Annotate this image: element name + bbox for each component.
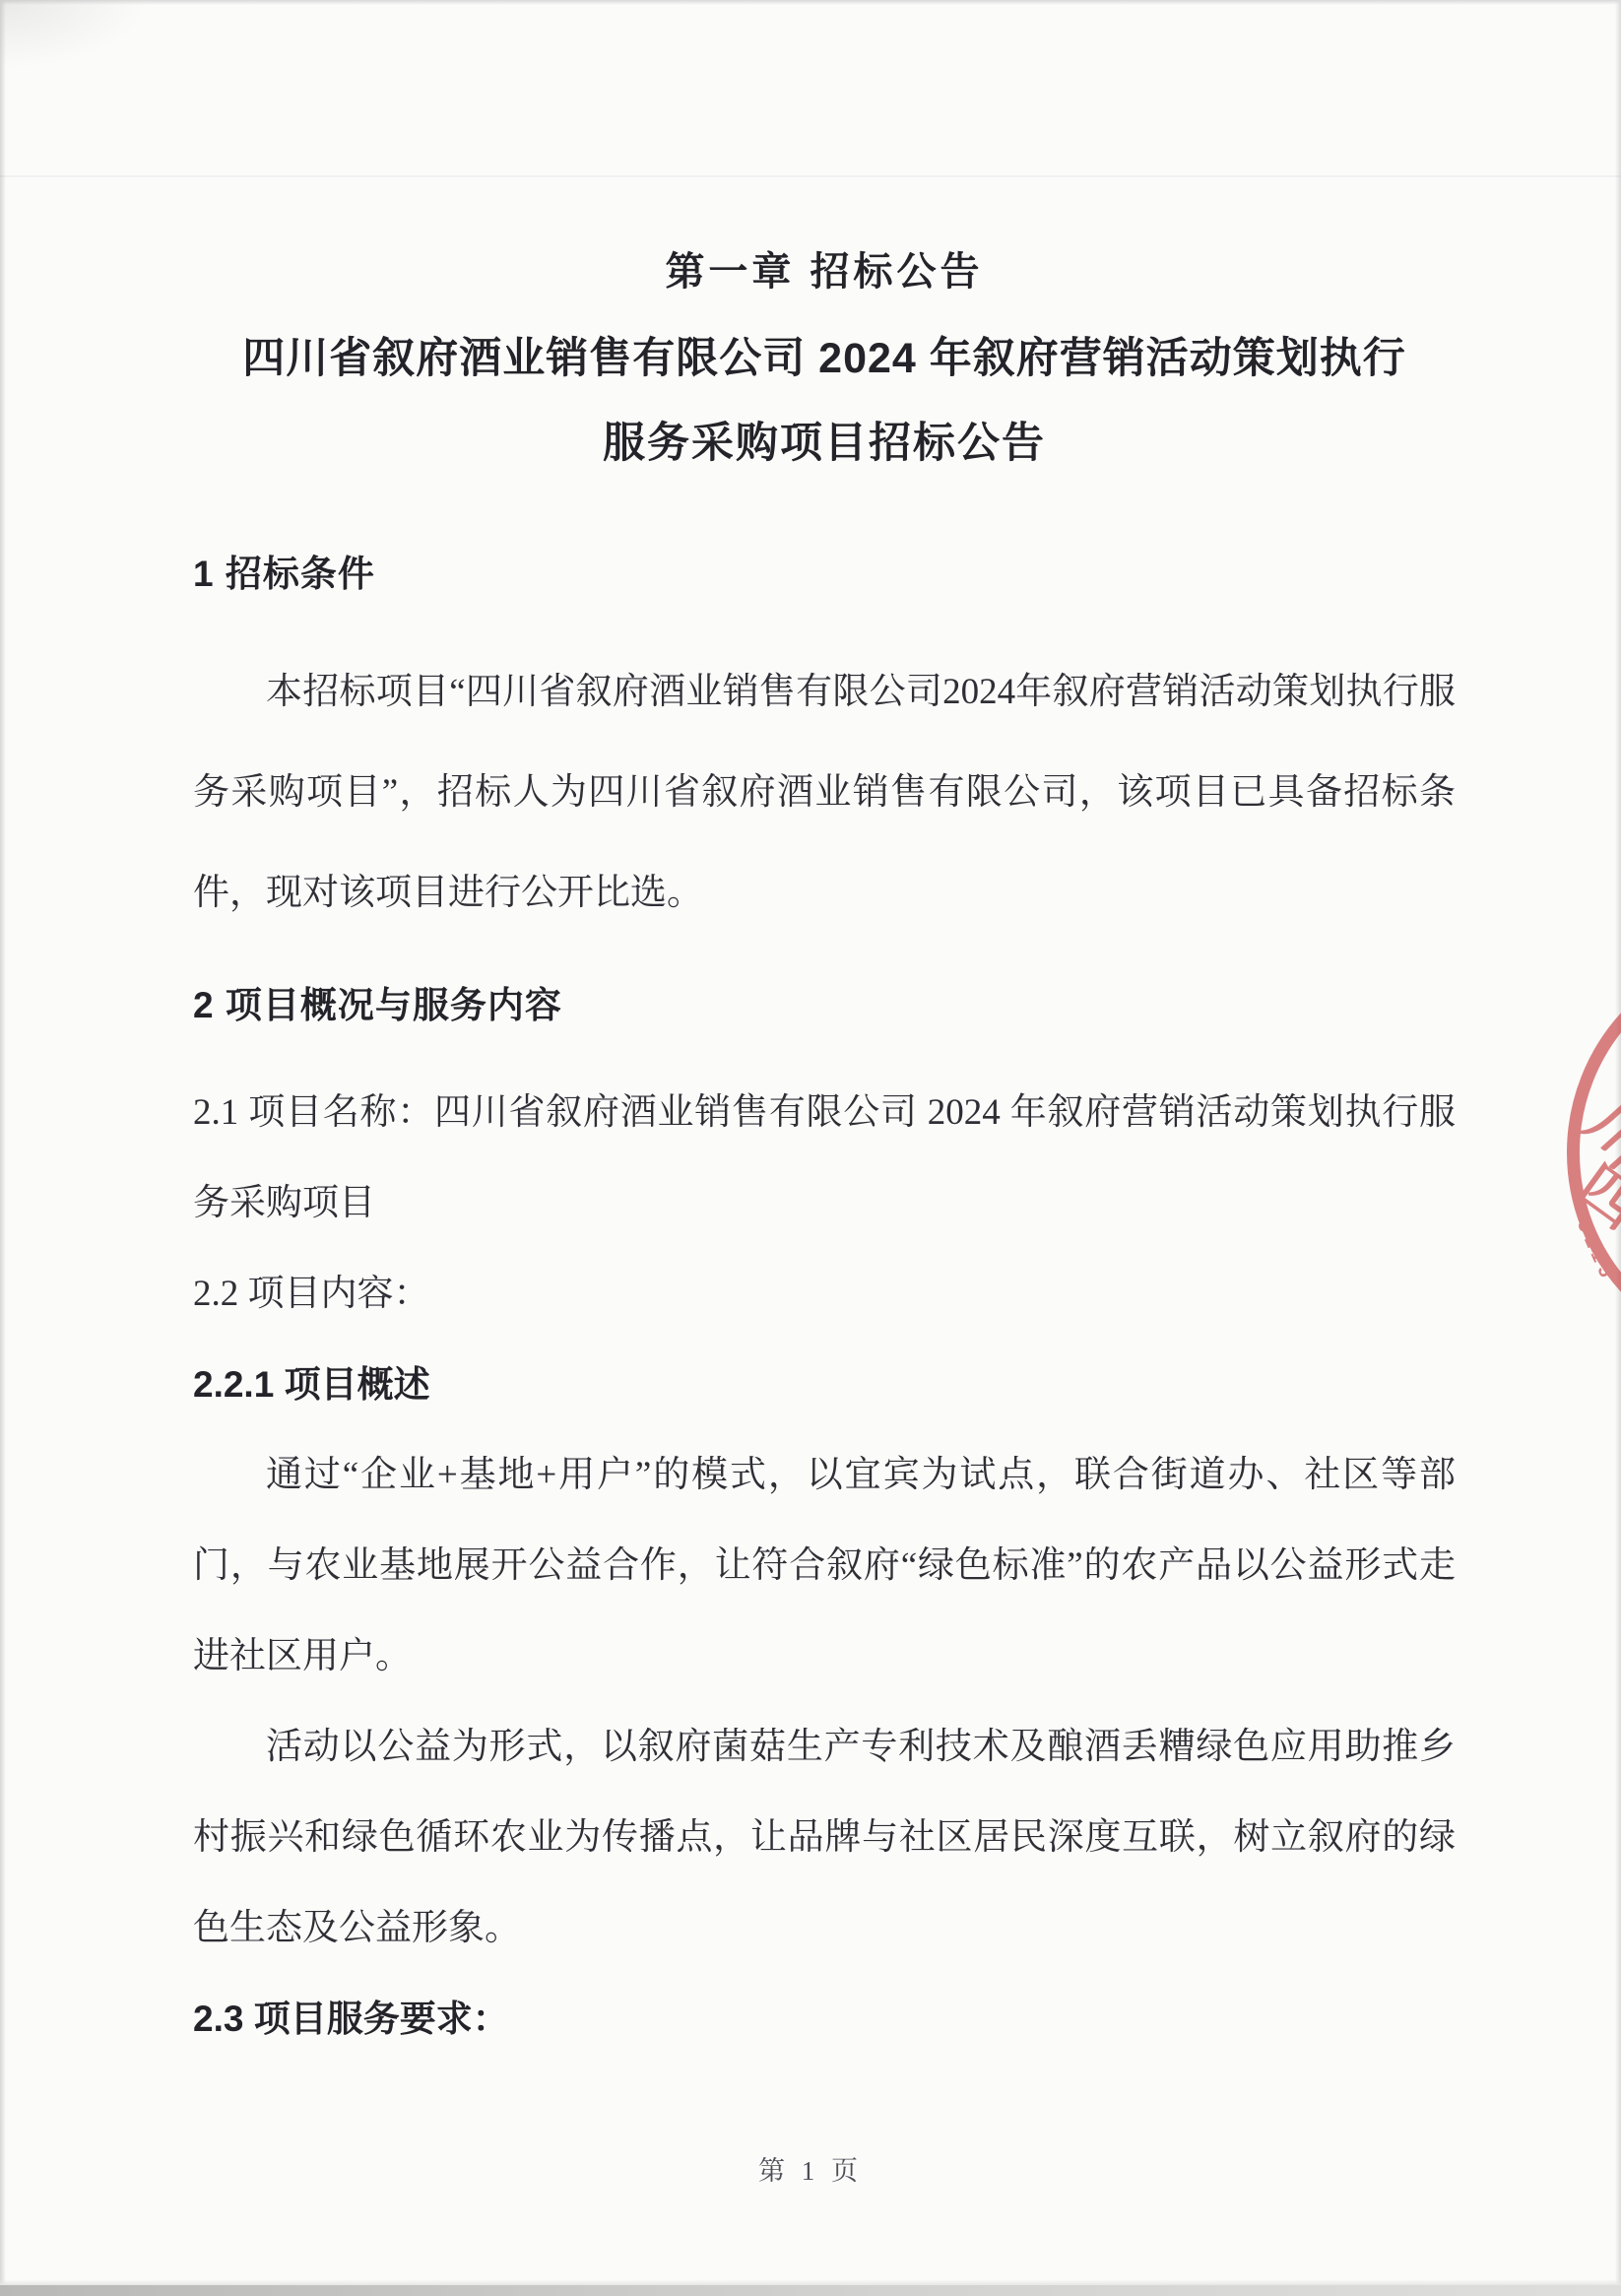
item-2-3-service-requirements-heading: 2.3 项目服务要求： (193, 1974, 1456, 2065)
section-1-heading: 1 招标条件 (193, 552, 1456, 597)
scan-edge-bottom (0, 2285, 1621, 2296)
project-overview-paragraph-1: 通过“企业+基地+用户”的模式，以宜宾为试点，联合街道办、社区等部门，与农业基地… (193, 1430, 1456, 1702)
scan-edge-bottom-fade (0, 2279, 1621, 2285)
document-page: 第一章 招标公告 四川省叙府酒业销售有限公司 2024 年叙府营销活动策划执行 … (0, 0, 1621, 2296)
page-number: 第 1 页 (0, 2149, 1621, 2188)
section-1-paragraph: 本招标项目“四川省叙府酒业销售有限公司2024年叙府营销活动策划执行服务采购项目… (193, 642, 1456, 944)
project-overview-paragraph-2: 活动以公益为形式，以叙府菌菇生产专利技术及酿酒丢糟绿色应用助推乡村振兴和绿色循环… (193, 1702, 1456, 1974)
document-content: 第一章 招标公告 四川省叙府酒业销售有限公司 2024 年叙府营销活动策划执行 … (0, 0, 1621, 2065)
document-title-line-2: 服务采购项目招标公告 (193, 418, 1456, 469)
item-2-1-project-name: 2.1 项目名称：四川省叙府酒业销售有限公司 2024 年叙府营销活动策划执行服… (193, 1068, 1456, 1249)
section-2-heading: 2 项目概况与服务内容 (193, 983, 1456, 1028)
item-2-2-1-project-overview-heading: 2.2.1 项目概述 (193, 1340, 1456, 1430)
item-2-2-project-content: 2.2 项目内容： (193, 1249, 1456, 1340)
chapter-title: 第一章 招标公告 (193, 248, 1456, 295)
document-title-line-1: 四川省叙府酒业销售有限公司 2024 年叙府营销活动策划执行 (193, 333, 1456, 384)
